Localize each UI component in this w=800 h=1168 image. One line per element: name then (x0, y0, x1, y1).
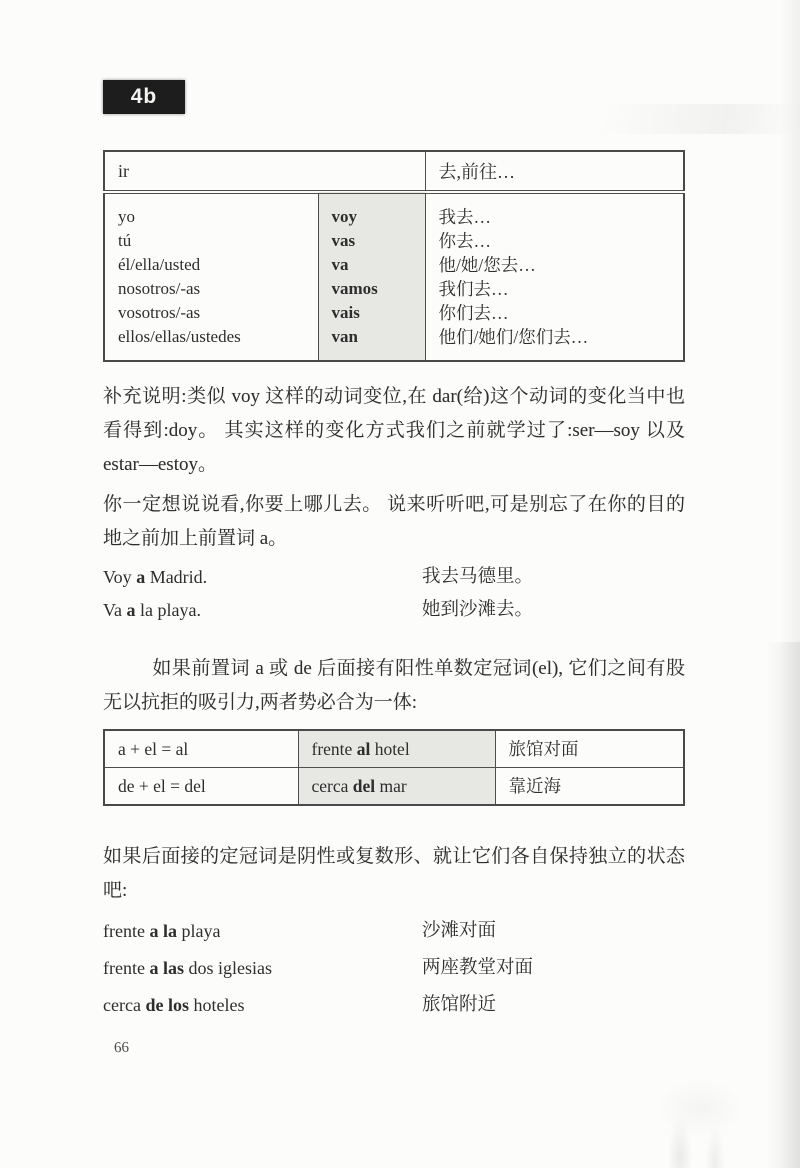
contraction-row: de + el = del cerca del mar 靠近海 (104, 768, 684, 806)
contraction-example-pre: frente (312, 739, 357, 759)
formula-cell: de + el = del (104, 768, 298, 806)
section-badge: 4b (103, 80, 185, 114)
contraction-example-pre: cerca (312, 776, 353, 796)
meaning-item: 我们去… (439, 277, 671, 301)
verbform-item: va (332, 253, 412, 277)
pronoun-item: yo (118, 205, 305, 229)
contraction-table: a + el = al frente al hotel 旅馆对面 de + el… (103, 729, 685, 806)
example-spanish-post: la playa. (136, 600, 201, 620)
example-spanish-pre: Voy (103, 567, 136, 587)
example-spanish-post: hoteles (189, 995, 245, 1015)
verb-table-body-row: yo tú él/ella/usted nosotros/-as vosotro… (104, 192, 684, 361)
example-spanish-bold: a la (149, 921, 177, 941)
example-spanish-post: dos iglesias (184, 958, 272, 978)
verbform-column: voy vas va vamos vais van (318, 192, 425, 361)
verbform-item: van (332, 325, 412, 349)
meaning-item: 你们去… (439, 301, 671, 325)
meaning-item: 他/她/您去… (439, 253, 671, 277)
example-chinese: 她到沙滩去。 (422, 594, 533, 627)
verbform-item: vamos (332, 277, 412, 301)
article-examples: frente a la playa 沙滩对面 frente a las dos … (103, 913, 685, 1024)
contraction-example-bold: al (357, 739, 371, 759)
contraction-example-post: hotel (370, 739, 409, 759)
example-spanish: cerca de los hoteles (103, 987, 244, 1024)
contraction-example-bold: del (353, 776, 375, 796)
contraction-row: a + el = al frente al hotel 旅馆对面 (104, 730, 684, 768)
contraction-intro-paragraph: 如果前置词 a 或 de 后面接有阳性单数定冠词(el), 它们之间有股无以抗拒… (103, 652, 685, 720)
pronoun-item: él/ella/usted (118, 253, 305, 277)
contraction-meaning-cell: 靠近海 (495, 768, 684, 806)
example-spanish: Voy a Madrid. (103, 561, 207, 594)
example-spanish-pre: frente (103, 921, 149, 941)
example-row: frente a la playa 沙滩对面 (103, 913, 685, 950)
verbform-item: vas (332, 229, 412, 253)
example-row: Va a la playa. 她到沙滩去。 (103, 594, 685, 627)
pronoun-item: vosotros/-as (118, 301, 305, 325)
meaning-item: 你去… (439, 229, 671, 253)
scan-smudge-top-right (550, 104, 800, 134)
pronoun-item: tú (118, 229, 305, 253)
example-spanish-post: playa (177, 921, 220, 941)
contraction-example-cell: cerca del mar (298, 768, 495, 806)
verbform-item: voy (332, 205, 412, 229)
example-spanish-pre: Va (103, 600, 127, 620)
example-row: cerca de los hoteles 旅馆附近 (103, 987, 685, 1024)
contraction-meaning-cell: 旅馆对面 (495, 730, 684, 768)
example-spanish-post: Madrid. (145, 567, 207, 587)
formula-cell: a + el = al (104, 730, 298, 768)
prompt-paragraph: 你一定想说说看,你要上哪儿去。 说来听听吧,可是别忘了在你的目的地之前加上前置词… (103, 488, 685, 556)
page-number: 66 (114, 1040, 130, 1058)
example-spanish: frente a las dos iglesias (103, 950, 272, 987)
separate-intro-paragraph: 如果后面接的定冠词是阴性或复数形、就让它们各自保持独立的状态吧: (103, 840, 685, 908)
pronoun-item: ellos/ellas/ustedes (118, 325, 305, 349)
example-spanish: frente a la playa (103, 913, 220, 950)
verb-table-header-row: ir 去,前往… (104, 151, 684, 192)
example-spanish-pre: cerca (103, 995, 145, 1015)
contraction-example-post: mar (375, 776, 407, 796)
example-spanish: Va a la playa. (103, 594, 201, 627)
pronoun-item: nosotros/-as (118, 277, 305, 301)
preposition-a-examples: Voy a Madrid. 我去马德里。 Va a la playa. 她到沙滩… (103, 561, 685, 627)
meaning-item: 我去… (439, 205, 671, 229)
meaning-item: 他们/她们/您们去… (439, 325, 671, 349)
example-chinese: 旅馆附近 (422, 987, 496, 1024)
note-paragraph: 补充说明:类似 voy 这样的动词变位,在 dar(给)这个动词的变化当中也看得… (103, 380, 685, 482)
example-spanish-bold: de los (145, 995, 189, 1015)
verb-conjugation-table: ir 去,前往… yo tú él/ella/usted nosotros/-a… (103, 150, 685, 362)
verb-header-meaning: 去,前往… (425, 151, 684, 192)
example-row: frente a las dos iglesias 两座教堂对面 (103, 950, 685, 987)
contraction-example-cell: frente al hotel (298, 730, 495, 768)
meaning-column: 我去… 你去… 他/她/您去… 我们去… 你们去… 他们/她们/您们去… (425, 192, 684, 361)
scan-smudge-bottom-right (640, 1078, 780, 1168)
example-spanish-bold: a (136, 567, 145, 587)
example-chinese: 我去马德里。 (422, 561, 533, 594)
book-page: 4b ir 去,前往… yo tú él/ella/usted nosotros… (0, 0, 800, 1168)
example-chinese: 两座教堂对面 (422, 950, 533, 987)
example-spanish-pre: frente (103, 958, 149, 978)
example-spanish-bold: a (127, 600, 136, 620)
example-chinese: 沙滩对面 (422, 913, 496, 950)
example-row: Voy a Madrid. 我去马德里。 (103, 561, 685, 594)
pronoun-column: yo tú él/ella/usted nosotros/-as vosotro… (104, 192, 318, 361)
verb-header-infinitive: ir (104, 151, 425, 192)
verbform-item: vais (332, 301, 412, 325)
example-spanish-bold: a las (149, 958, 184, 978)
